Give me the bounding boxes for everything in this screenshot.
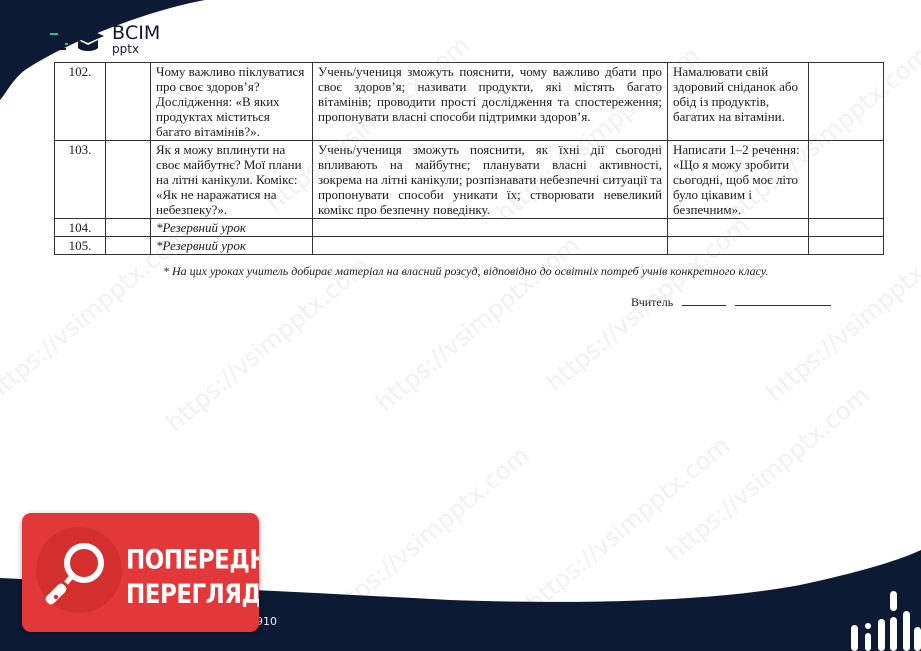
magnifier-icon bbox=[36, 527, 122, 613]
lesson-number: 105. bbox=[55, 237, 106, 255]
signature-blank bbox=[682, 296, 726, 306]
graduation-cap-icon bbox=[50, 26, 108, 54]
lesson-note bbox=[809, 219, 884, 237]
preview-label: ПОПЕРЕДНІЙ ПЕРЕГЛЯД bbox=[126, 543, 259, 612]
lesson-plan-table: 102. Чому важливо піклуватися про своє з… bbox=[54, 62, 884, 255]
lesson-outcome: Учень/учениця зможуть пояснити, чому важ… bbox=[313, 63, 668, 141]
lesson-number: 102. bbox=[55, 63, 106, 141]
lesson-outcome bbox=[313, 237, 668, 255]
table-row: 104. *Резервний урок bbox=[55, 219, 884, 237]
teacher-signature: Вчитель bbox=[631, 295, 831, 310]
lesson-topic: *Резервний урок bbox=[151, 219, 313, 237]
brand-title: ВСІМ bbox=[112, 24, 160, 43]
name-blank bbox=[735, 296, 831, 306]
lesson-date bbox=[106, 237, 151, 255]
lesson-task bbox=[668, 219, 809, 237]
lesson-topic: Чому важливо піклуватися про своє здоров… bbox=[151, 63, 313, 141]
lesson-topic: *Резервний урок bbox=[151, 237, 313, 255]
watermark: https://vsimpptx.com bbox=[661, 381, 875, 567]
table-row: 105. *Резервний урок bbox=[55, 237, 884, 255]
lesson-date bbox=[106, 219, 151, 237]
preview-badge[interactable]: ПОПЕРЕДНІЙ ПЕРЕГЛЯД bbox=[22, 513, 259, 632]
brand-logo: ВСІМ pptx bbox=[50, 24, 160, 55]
table-row: 103. Як я можу вплинути на своє майбутнє… bbox=[55, 141, 884, 219]
preview-label-line2: ПЕРЕГЛЯД bbox=[126, 578, 259, 613]
footnote: * На цих уроках учитель добирає матеріал… bbox=[163, 264, 768, 279]
lesson-number: 104. bbox=[55, 219, 106, 237]
lesson-number: 103. bbox=[55, 141, 106, 219]
lesson-task: Намалювати свій здоровий сніданок або об… bbox=[668, 63, 809, 141]
table-row: 102. Чому важливо піклуватися про своє з… bbox=[55, 63, 884, 141]
lesson-note bbox=[809, 141, 884, 219]
watermark: https://vsimpptx.com bbox=[321, 441, 535, 627]
watermark: https://vsimpptx.com bbox=[521, 431, 735, 617]
equalizer-bars-icon bbox=[845, 583, 921, 651]
preview-label-line1: ПОПЕРЕДНІЙ bbox=[126, 543, 259, 578]
lesson-task bbox=[668, 237, 809, 255]
lesson-date bbox=[106, 141, 151, 219]
lesson-date bbox=[106, 63, 151, 141]
lesson-outcome: Учень/учениця зможуть пояснити, як їхні … bbox=[313, 141, 668, 219]
lesson-note bbox=[809, 237, 884, 255]
teacher-label: Вчитель bbox=[631, 295, 673, 309]
lesson-task: Написати 1–2 речення: «Що я можу зробити… bbox=[668, 141, 809, 219]
lesson-outcome bbox=[313, 219, 668, 237]
lesson-note bbox=[809, 63, 884, 141]
magnifier-circle bbox=[36, 527, 122, 613]
brand-subtitle: pptx bbox=[112, 43, 160, 55]
lesson-topic: Як я можу вплинути на своє майбутнє? Мої… bbox=[151, 141, 313, 219]
watermark: https://vsimpptx.com bbox=[371, 231, 585, 417]
page-number: 910 bbox=[256, 615, 277, 628]
